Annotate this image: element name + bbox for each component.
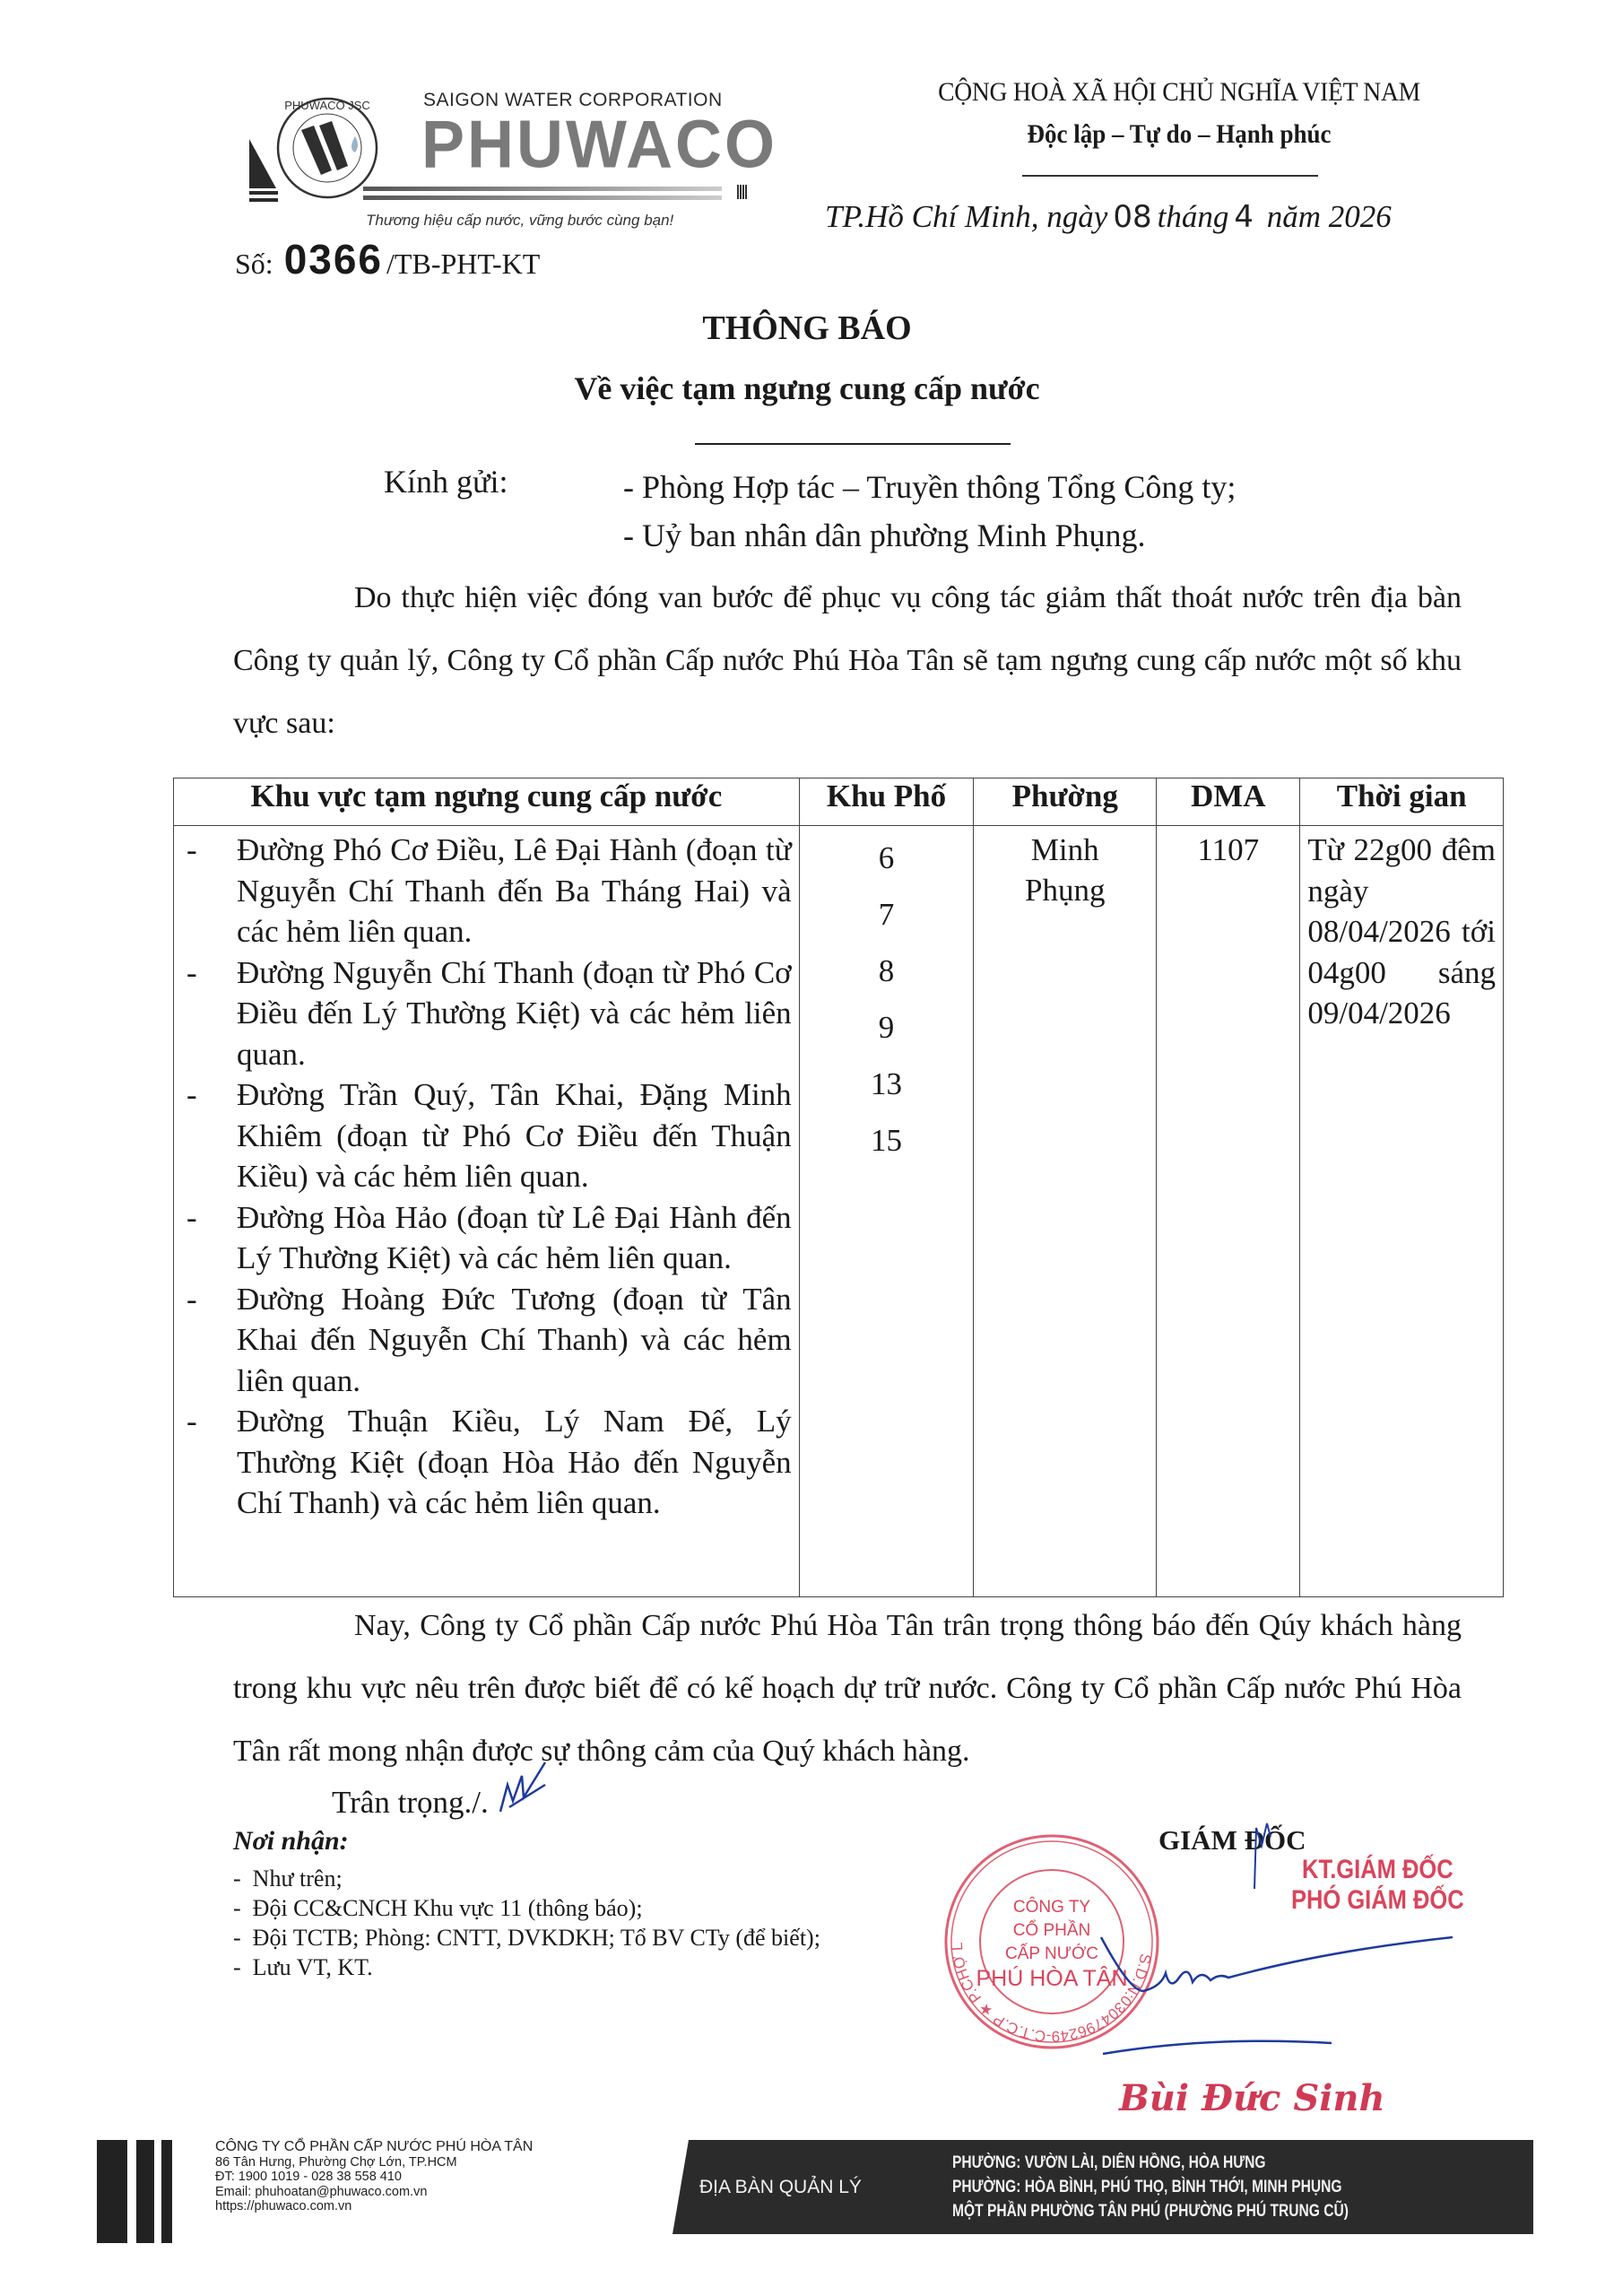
brand-underline [363,187,722,203]
date-month: 4 [1234,199,1254,235]
recipients-label: Nơi nhận: [233,1826,349,1857]
area-item: Đường Nguyễn Chí Thanh (đoạn từ Phó Cơ Đ… [181,952,792,1075]
date-year: năm 2026 [1267,199,1392,234]
phuong-cell: Minh Phụng [974,826,1157,1597]
brand-mark [737,185,748,199]
khu-pho-item: 8 [807,943,967,999]
footer-company-info: CÔNG TY CỔ PHẦN CẤP NƯỚC PHÚ HÒA TÂN 86 … [215,2140,533,2214]
doc-number-suffix: /TB-PHT-KT [386,248,540,280]
footer-address: 86 Tân Hưng, Phường Chợ Lớn, TP.HCM [215,2155,533,2170]
header-area: Khu vực tạm ngưng cung cấp nước [174,778,800,826]
area-cell: Đường Phó Cơ Điều, Lê Đại Hành (đoạn từ … [174,826,800,1597]
addressee-item: - Phòng Hợp tác – Truyền thông Tổng Công… [623,463,1236,511]
footer-email[interactable]: Email: phuhoatan@phuwaco.com.vn [215,2185,533,2200]
date-month-label: tháng [1158,199,1229,234]
header-phuong: Phường [974,778,1157,826]
area-item: Đường Phó Cơ Điều, Lê Đại Hành (đoạn từ … [181,830,792,952]
header-dma: DMA [1157,778,1300,826]
brand-wordmark: PHUWACO [421,106,777,183]
recipient-item: Như trên; [233,1864,820,1893]
footer-area-item: MỘT PHẦN PHƯỜNG TÂN PHÚ (PHƯỜNG PHÚ TRUN… [952,2199,1349,2223]
khu-pho-list: 67891315 [807,830,967,1169]
doc-number-value: 0366 [284,236,383,283]
area-item: Đường Trần Quý, Tân Khai, Đặng Minh Khiê… [181,1074,792,1197]
signatory-title: GIÁM ĐỐC [1158,1824,1306,1857]
doc-number-prefix: Số: [235,248,273,280]
director-signature-icon [1076,1928,1488,2072]
motto-divider [1022,175,1318,177]
recipient-item: Lưu VT, KT. [233,1952,820,1982]
khu-pho-item: 9 [807,999,967,1056]
date-day: 08 [1113,199,1151,235]
slogan: Thương hiệu cấp nước, vững bước cùng bạn… [366,212,673,230]
closing-paragraph: Nay, Công ty Cổ phần Cấp nước Phú Hòa Tâ… [233,1595,1462,1783]
area-list: Đường Phó Cơ Điều, Lê Đại Hành (đoạn từ … [181,830,792,1524]
addressee-list: - Phòng Hợp tác – Truyền thông Tổng Công… [623,463,1236,560]
time-cell: Từ 22g00 đêm ngày 08/04/2026 tới 04g00 s… [1300,826,1504,1597]
table-header-row: Khu vực tạm ngưng cung cấp nước Khu Phố … [174,778,1504,826]
addressee-label: Kính gửi: [384,463,508,500]
dma-cell: 1107 [1157,826,1300,1597]
recipient-item: Đội CC&CNCH Khu vực 11 (thông báo); [233,1893,820,1923]
footer-area-list: PHƯỜNG: VƯỜN LÀI, DIÊN HỒNG, HÒA HƯNG PH… [952,2151,1349,2223]
phuong-value: Minh Phụng [1011,830,1119,910]
date-line: TP.Hồ Chí Minh, ngày08tháng4 năm 2026 [825,199,1392,235]
khu-pho-item: 13 [807,1056,967,1112]
footer-phone: ĐT: 1900 1019 - 028 38 558 410 [215,2170,533,2185]
footer-area-label: ĐỊA BÀN QUẢN LÝ [699,2177,862,2198]
khu-pho-item: 15 [807,1112,967,1169]
footer-area-item: PHƯỜNG: HÒA BÌNH, PHÚ THỌ, BÌNH THỚI, MI… [952,2175,1349,2199]
signer-name: Bùi Đức Sinh [1119,2077,1385,2119]
date-place: TP.Hồ Chí Minh, ngày [825,199,1107,234]
area-item: Đường Hoàng Đức Tương (đoạn từ Tân Khai … [181,1279,792,1402]
svg-text:PHUWACO JSC: PHUWACO JSC [284,99,370,112]
khu-pho-item: 6 [807,830,967,886]
footer-company-name: CÔNG TY CỔ PHẦN CẤP NƯỚC PHÚ HÒA TÂN [215,2140,533,2155]
header-thoi-gian: Thời gian [1300,778,1504,826]
initial-signature-icon [491,1758,554,1821]
recipient-item: Đội TCTB; Phòng: CNTT, DVKDKH; Tổ BV CTy… [233,1923,820,1952]
footer-website[interactable]: https://phuwaco.com.vn [215,2199,533,2214]
title-divider [695,443,1011,445]
table-row: Đường Phó Cơ Điều, Lê Đại Hành (đoạn từ … [174,826,1504,1597]
khu-pho-item: 7 [807,886,967,943]
khu-pho-cell: 67891315 [799,826,974,1597]
nation-header: CỘNG HOÀ XÃ HỘI CHỦ NGHĨA VIỆT NAM [862,77,1497,108]
initial-stroke-icon [1251,1819,1278,1891]
regards: Trân trọng./. [332,1785,489,1821]
intro-paragraph: Do thực hiện việc đóng van bước để phục … [233,567,1462,755]
national-motto: Độc lập – Tự do – Hạnh phúc [869,119,1490,150]
recipients-list: Như trên; Đội CC&CNCH Khu vực 11 (thông … [233,1864,820,1982]
header-khu-pho: Khu Phố [799,778,974,826]
area-item: Đường Hòa Hảo (đoạn từ Lê Đại Hành đến L… [181,1197,792,1279]
document-number: Số: 0366/TB-PHT-KT [235,235,540,283]
footer-area-item: PHƯỜNG: VƯỜN LÀI, DIÊN HỒNG, HÒA HƯNG [952,2151,1349,2175]
deputy-stamp: KT.GIÁM ĐỐC PHÓ GIÁM ĐỐC [1291,1855,1464,1916]
time-value: Từ 22g00 đêm ngày 08/04/2026 tới 04g00 s… [1307,830,1496,1034]
outage-table: Khu vực tạm ngưng cung cấp nước Khu Phố … [173,778,1504,1597]
document-title: THÔNG BÁO [0,309,1614,348]
document-subtitle: Về việc tạm ngưng cung cấp nước [0,370,1614,407]
svg-text:CÔNG TY: CÔNG TY [1013,1897,1091,1917]
area-item: Đường Thuận Kiều, Lý Nam Đế, Lý Thường K… [181,1401,792,1524]
addressee-item: - Uỷ ban nhân dân phường Minh Phụng. [623,511,1236,560]
